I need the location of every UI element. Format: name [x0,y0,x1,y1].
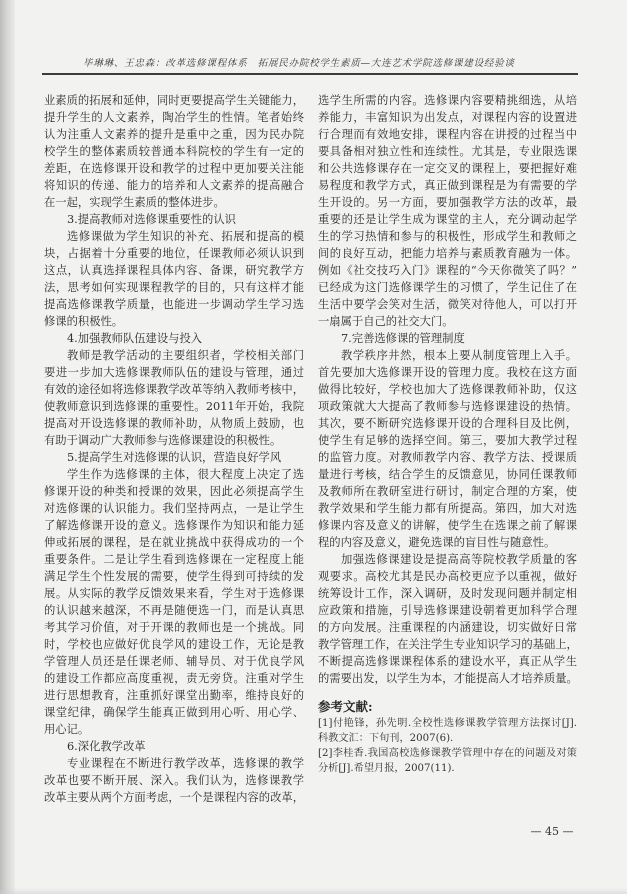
text-line: 要进一步加大选修课教师队伍的建设与管理，通过 [44,364,304,381]
text-line: 有助于调动广大教师参与选修课建设的积极性。 [44,432,304,449]
text-line: 法，思考如何实现课程教学的目的，只有这样才能 [44,279,304,296]
reference-item: [2]李桂香.我国高校选修课教学管理中存在的问题及对策 分析[J].希望月报，2… [318,746,577,776]
text-line: 教学管理工作，在关注学生专业知识学习的基础上， [318,636,577,653]
text-line: 修课开设的种类和授课的效果，因此必须提高学生 [44,483,304,500]
section-heading: 6.深化教学改革 [44,738,304,755]
text-line: 的认识越来越深，不再是随便选一门，而是认真思 [44,602,304,619]
text-line: 满足学生个性发展的需要，使学生得到可持续的发 [44,568,304,585]
text-line: 做得比较好，学校也加大了选修课教师补助，仅这 [318,381,577,398]
paragraph: 业素质的拓展和延伸，同时更要提高学生关键能力， 提升学生的人文素养，陶冶学生的性… [44,92,304,211]
text-line: 课堂纪律，确保学生能真正做到用心听、用心学、 [44,704,304,721]
reference-line: [1]付艳锋，孙先明.全校性选修课教学管理方法探讨[J]. [318,716,577,731]
text-line: 的方向发展。注重课程的内涵建设，切实做好日常 [318,619,577,636]
scan-bottom-shade [0,888,627,894]
text-line: 生开设的。另一方面，要加强教学方法的改革，最 [318,194,577,211]
text-line: 一扇属于自己的社交大门。 [318,313,577,330]
text-line: 校学生的整体素质较普通本科院校的学生有一定的 [44,143,304,160]
text-line: 选修课做为学生知识的补充、拓展和提高的模 [44,228,304,245]
text-line: 生的学习热情和参与的积极性，形成学生和教师之 [318,228,577,245]
text-line: 使教师意识到选修课的重要性。2011年开始，我院 [44,398,304,415]
scan-page-edge [0,0,15,894]
text-line: 选学生所需的内容。选修课内容要精挑细选，从培 [318,92,577,109]
header-rule [42,73,578,75]
text-line: 将知识的传递、能力的培养和人文素养的提高融合 [44,177,304,194]
section-heading: 7.完善选修课的管理制度 [318,330,577,347]
text-line: 应政策和措施，引导选修课建设朝着更加科学合理 [318,602,577,619]
text-line: 及教师所在教研室进行研讨，制定合理的方案，使 [318,483,577,500]
section-heading: 4.加强教师队伍建设与投入 [44,330,304,347]
text-line: 重要条件。二是让学生看到选修课在一定程度上能 [44,551,304,568]
text-line: 时，学校也应做好优良学风的建设工作，无论是教 [44,636,304,653]
text-line: 要具备相对独立性和连续性。尤其是，专业限选课 [318,143,577,160]
text-line: 行合理而有效地安排，课程内容在讲授的过程当中 [318,126,577,143]
page-number: — 45 — [520,825,584,838]
paragraph: 专业课程在不断进行教学改革，选修课的教学 改革也要不断开展、深入。我们认为，选修… [44,755,304,806]
text-line: 学管理人员还是任课老师、辅导员、对于优良学风 [44,653,304,670]
text-line: 块，占据着十分重要的地位，任课教师必须认识到 [44,245,304,262]
text-line: 统筹设计工作，深入调研，及时发现问题并制定相 [318,585,577,602]
text-line: 对选修课的认识能力。我们坚持两点，一是让学生 [44,500,304,517]
text-line: 观要求。高校尤其是民办高校更应予以重视，做好 [318,568,577,585]
right-column: 选学生所需的内容。选修课内容要精挑细选，从培 养能力，丰富知识为出发点，对课程内… [318,92,577,687]
reference-line: 科教文汇：下旬刊，2007(6). [318,731,577,746]
text-line: 学生作为选修课的主体，很大程度上决定了选 [44,466,304,483]
text-line: 使学生有足够的选择空间。第三，要加大教学过程 [318,432,577,449]
text-line: 不断提高选修课课程体系的建设水平，真正从学生 [318,653,577,670]
text-line: 伸或拓展的课程，是在就业挑战中获得成功的一个 [44,534,304,551]
text-line: 生活中要学会笑对生活，微笑对待他人，可以打开 [318,296,577,313]
reference-line: 分析[J].希望月报，2007(11). [318,761,577,776]
text-line: 易程度和教学方式，真正做到课程是为有需要的学 [318,177,577,194]
section-heading: 3.提高教师对选修课重要性的认识 [44,211,304,228]
text-line: 已经成为这门选修课学生的习惯了，学生记住了在 [318,279,577,296]
text-line: 的监管力度。对教师教学内容、教学方法、授课质 [318,449,577,466]
text-line: 进行思想教育，注重抓好课堂出勤率，维持良好的 [44,687,304,704]
section-heading: 5.提高学生对选修课的认识，营造良好学风 [44,449,304,466]
text-line: 例如《社交技巧入门》课程的“今天你微笑了吗？” [318,262,577,279]
text-line: 用心记。 [44,721,304,738]
left-column: 业素质的拓展和延伸，同时更要提高学生关键能力， 提升学生的人文素养，陶冶学生的性… [44,92,304,806]
paragraph: 教学秩序井然，根本上要从制度管理上入手。 首先要加大选修课开设的管理力度。我校在… [318,347,577,551]
references: 参考文献: [1]付艳锋，孙先明.全校性选修课教学管理方法探讨[J]. 科教文汇… [318,697,577,776]
text-line: 有效的途径如将选修课教学改革等纳入教师考核中， [44,381,304,398]
text-line: 考其学习价值，对于开课的教师也是一个挑战。同 [44,619,304,636]
text-line: 养能力，丰富知识为出发点，对课程内容的设置进 [318,109,577,126]
text-line: 的建设工作都应高度重视，责无旁贷。注重对学生 [44,670,304,687]
text-line: 专业课程在不断进行教学改革，选修课的教学 [44,755,304,772]
text-line: 在一起，实现学生素质的整体进步。 [44,194,304,211]
reference-item: [1]付艳锋，孙先明.全校性选修课教学管理方法探讨[J]. 科教文汇：下旬刊，2… [318,716,577,746]
text-line: 的需要出发，以学生为本，才能提高人才培养质量。 [318,670,577,687]
paragraph: 选修课做为学生知识的补充、拓展和提高的模 块，占据着十分重要的地位，任课教师必须… [44,228,304,330]
text-line: 重要的还是让学生成为课堂的主人，充分调动起学 [318,211,577,228]
paragraph: 学生作为选修课的主体，很大程度上决定了选 修课开设的种类和授课的效果，因此必须提… [44,466,304,738]
text-line: 量进行考核，结合学生的反馈意见，协同任课教师 [318,466,577,483]
text-line: 这点，认真选择课程具体内容、备课，研究教学方 [44,262,304,279]
text-line: 教学秩序井然，根本上要从制度管理上入手。 [318,347,577,364]
running-header: 毕琳琳、王忠森：改革选修课程体系 拓展民办院校学生素质—大连艺术学院选修课建设经… [83,57,514,71]
text-line: 展。从实际的教学反馈效果来看，学生对于选修课 [44,585,304,602]
paragraph: 教师是教学活动的主要组织者，学校相关部门 要进一步加大选修课教师队伍的建设与管理… [44,347,304,449]
text-line: 认为注重人文素养的提升是重中之重，因为民办院 [44,126,304,143]
text-line: 了解选修课开设的意义。选修课作为知识和能力延 [44,517,304,534]
text-line: 加强选修课建设是提高高等院校教学质量的客 [318,551,577,568]
text-line: 提高对开设选修课的教师补助，从物质上鼓励，也 [44,415,304,432]
text-line: 教师是教学活动的主要组织者，学校相关部门 [44,347,304,364]
text-line: 项政策就大大提高了教师参与选修课建设的热情。 [318,398,577,415]
text-line: 程的内容及意义，避免选课的盲目性与随意性。 [318,534,577,551]
text-line: 修课的积极性。 [44,313,304,330]
text-line: 提升学生的人文素养，陶冶学生的性情。笔者始终 [44,109,304,126]
text-line: 首先要加大选修课开设的管理力度。我校在这方面 [318,364,577,381]
text-line: 和公共选修课存在一定交叉的课程上，要把握好难 [318,160,577,177]
references-title: 参考文献: [318,697,577,716]
text-line: 修课内容及意义的讲解，使学生在选课之前了解课 [318,517,577,534]
text-line: 改革也要不断开展、深入。我们认为，选修课教学 [44,772,304,789]
conclusion-paragraph: 加强选修课建设是提高高等院校教学质量的客 观要求。高校尤其是民办高校更应予以重视… [318,551,577,687]
text-line: 业素质的拓展和延伸，同时更要提高学生关键能力， [44,92,304,109]
text-line: 间的良好互动，把能力培养与素质教育融为一体。 [318,245,577,262]
text-line: 其次，要不断研究选修课开设的合理科目及比例， [318,415,577,432]
text-line: 教学效果和学生能力都有所提高。第四，加大对选 [318,500,577,517]
text-line: 改革主要从两个方面考虑，一个是课程内容的改革， [44,789,304,806]
text-line: 提高选修课教学质量，也能进一步调动学生学习选 [44,296,304,313]
paragraph: 选学生所需的内容。选修课内容要精挑细选，从培 养能力，丰富知识为出发点，对课程内… [318,92,577,330]
journal-page: 毕琳琳、王忠森：改革选修课程体系 拓展民办院校学生素质—大连艺术学院选修课建设经… [0,0,627,894]
reference-line: [2]李桂香.我国高校选修课教学管理中存在的问题及对策 [318,746,577,761]
text-line: 差距，在选修课开设和教学的过程中更加要关注能 [44,160,304,177]
